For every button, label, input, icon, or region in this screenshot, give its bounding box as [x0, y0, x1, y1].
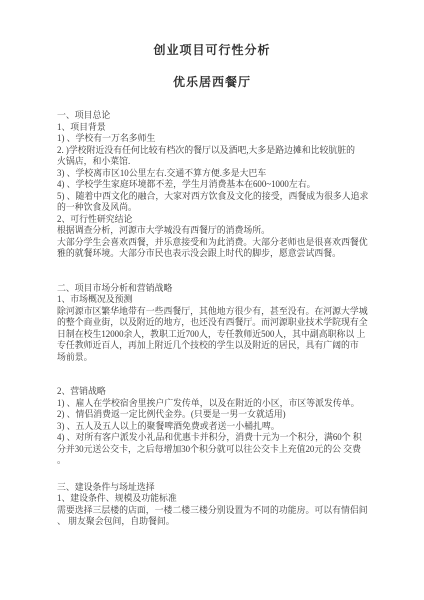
doc-line: 2) 、情侣消费返一定比例代金券。(只要是一男一女就适用): [57, 409, 380, 421]
doc-line: 分并30元送公交卡，之后每增加30个积分就可以往公交卡上充值20元的公 交费: [57, 444, 380, 456]
doc-line: 1) 、雇人在学校宿舍里挨户广发传单，以及在附近的小区，市区等派发传单。: [57, 398, 380, 410]
doc-line: 3) 、学校离市区10公里左右.交通不算方便.多是大巴车: [57, 168, 380, 180]
doc-line: 的整个商业街，以及附近的地方，也还没有西餐厅。而河源职业技术学院现有全: [57, 317, 380, 329]
section-2-heading: 二、项目市场分析和营销战略: [57, 283, 380, 295]
doc-line: 日制在校生12000余人，教职工近700人，专任教师近500人，其中副高职称以 …: [57, 329, 380, 341]
section-1-heading: 一、项目总论: [57, 110, 380, 122]
section-1-1-heading: 1、项目背景: [57, 122, 380, 134]
doc-line: 根据调查分析，河源市大学城没有西餐厅的消费场所。: [57, 225, 380, 237]
doc-line: 、 朋友聚会包间，自助餐间。: [57, 516, 380, 528]
doc-line: 。: [57, 455, 380, 467]
document-subtitle: 优乐居西餐厅: [0, 73, 424, 90]
section-3-heading: 三、建设条件与场址选择: [57, 482, 380, 494]
doc-line: 4) 、对所有客户派发小礼品和优惠卡并积分，消费十元为一个积分，满60个 积: [57, 432, 380, 444]
doc-line: 2. )学校附近没有任何比较有档次的餐厅以及酒吧,大多是路边摊和比较肮脏的: [57, 145, 380, 157]
doc-line: 雅的就餐环境。大部分市民也表示没会跟上时代的脚步，愿意尝试西餐。: [57, 248, 380, 260]
section-2-1-heading: 1、市场概况及预测: [57, 294, 380, 306]
doc-line: 5) 、随着中西文化的融合，大家对西方饮食及文化的接受，西餐成为很多人追求: [57, 191, 380, 203]
section-3-1-heading: 1、建设条件、规模及功能标准: [57, 493, 380, 505]
document-title: 创业项目可行性分析: [0, 0, 424, 58]
doc-line: 场前景。: [57, 352, 380, 364]
section-2-2-heading: 2、营销战略: [57, 386, 380, 398]
section-1-2-heading: 2、可行性研究结论: [57, 214, 380, 226]
doc-line: 火锅店，和小菜馆.: [57, 156, 380, 168]
doc-line: 需要选择三层楼的店面，一楼二楼三楼分别设置为不同的功能房。可以有情侣间: [57, 505, 380, 517]
doc-line: 4) 、学校学生家庭环境都不差，学生月消费基本在600~1000左右。: [57, 179, 380, 191]
doc-line: 除河源市区繁华地带有一些西餐厅，其他地方很少有，甚至没有。在河源大学城: [57, 306, 380, 318]
doc-line: 大部分学生会喜欢西餐，并乐意接受和为此消费。大部分老师也是很喜欢西餐优: [57, 237, 380, 249]
doc-line: 3) 、五人及五人以上的聚餐啤酒免费或者送一小桶扎啤。: [57, 421, 380, 433]
doc-line: 的一种饮食及风尚。: [57, 202, 380, 214]
doc-line: 1) 、学校有一万名多师生: [57, 133, 380, 145]
document-page: 创业项目可行性分析 优乐居西餐厅 一、项目总论 1、项目背景 1) 、学校有一万…: [0, 0, 424, 600]
doc-line: 专任教师近百人，再加上附近几个技校的学生以及附近的居民，具有广阔的市: [57, 340, 380, 352]
document-body: 一、项目总论 1、项目背景 1) 、学校有一万名多师生 2. )学校附近没有任何…: [57, 110, 380, 528]
